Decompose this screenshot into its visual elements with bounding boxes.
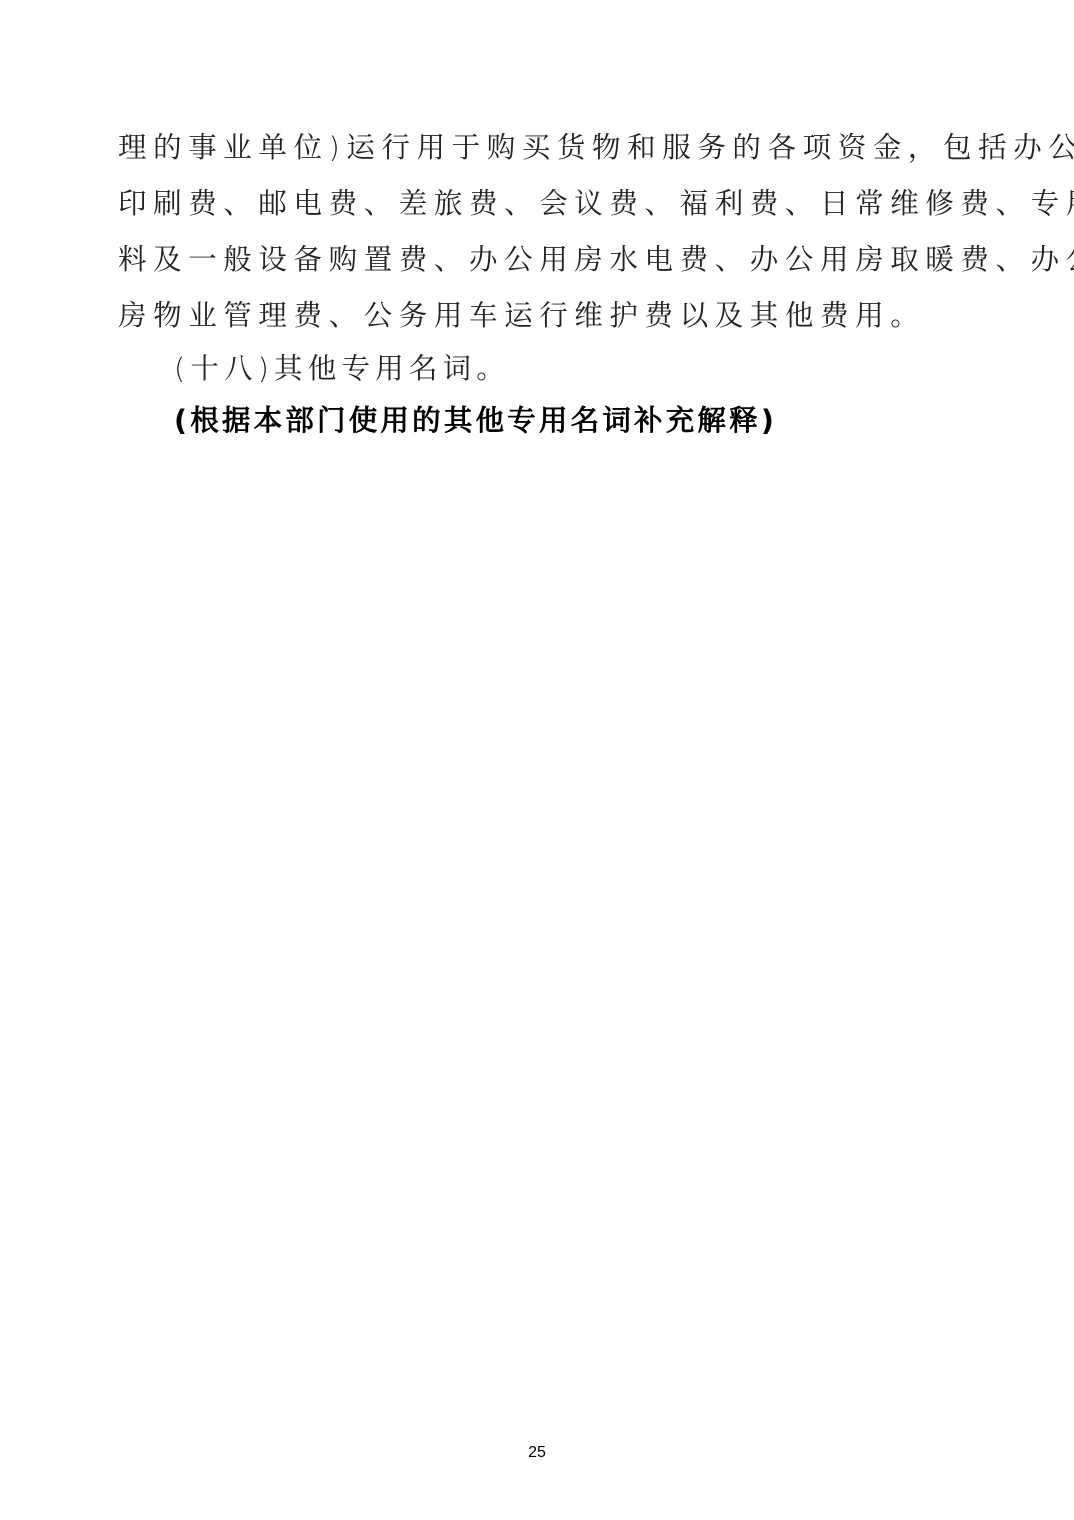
paragraph-line-2: 印刷费、邮电费、差旅费、会议费、福利费、日常维修费、专用材	[118, 187, 1074, 221]
paragraph-line-3: 料及一般设备购置费、办公用房水电费、办公用房取暖费、办公用	[118, 243, 1074, 277]
section-heading: (十八)其他专用名词。	[174, 352, 510, 386]
paragraph-line-1: 理的事业单位)运行用于购买货物和服务的各项资金，包括办公费、	[118, 131, 1074, 165]
bold-note: (根据本部门使用的其他专用名词补充解释)	[174, 404, 777, 438]
paragraph-line-4: 房物业管理费、公务用车运行维护费以及其他费用。	[118, 299, 925, 333]
document-page: 理的事业单位)运行用于购买货物和服务的各项资金，包括办公费、 印刷费、邮电费、差…	[0, 0, 1074, 1520]
page-number: 25	[0, 1444, 1074, 1462]
